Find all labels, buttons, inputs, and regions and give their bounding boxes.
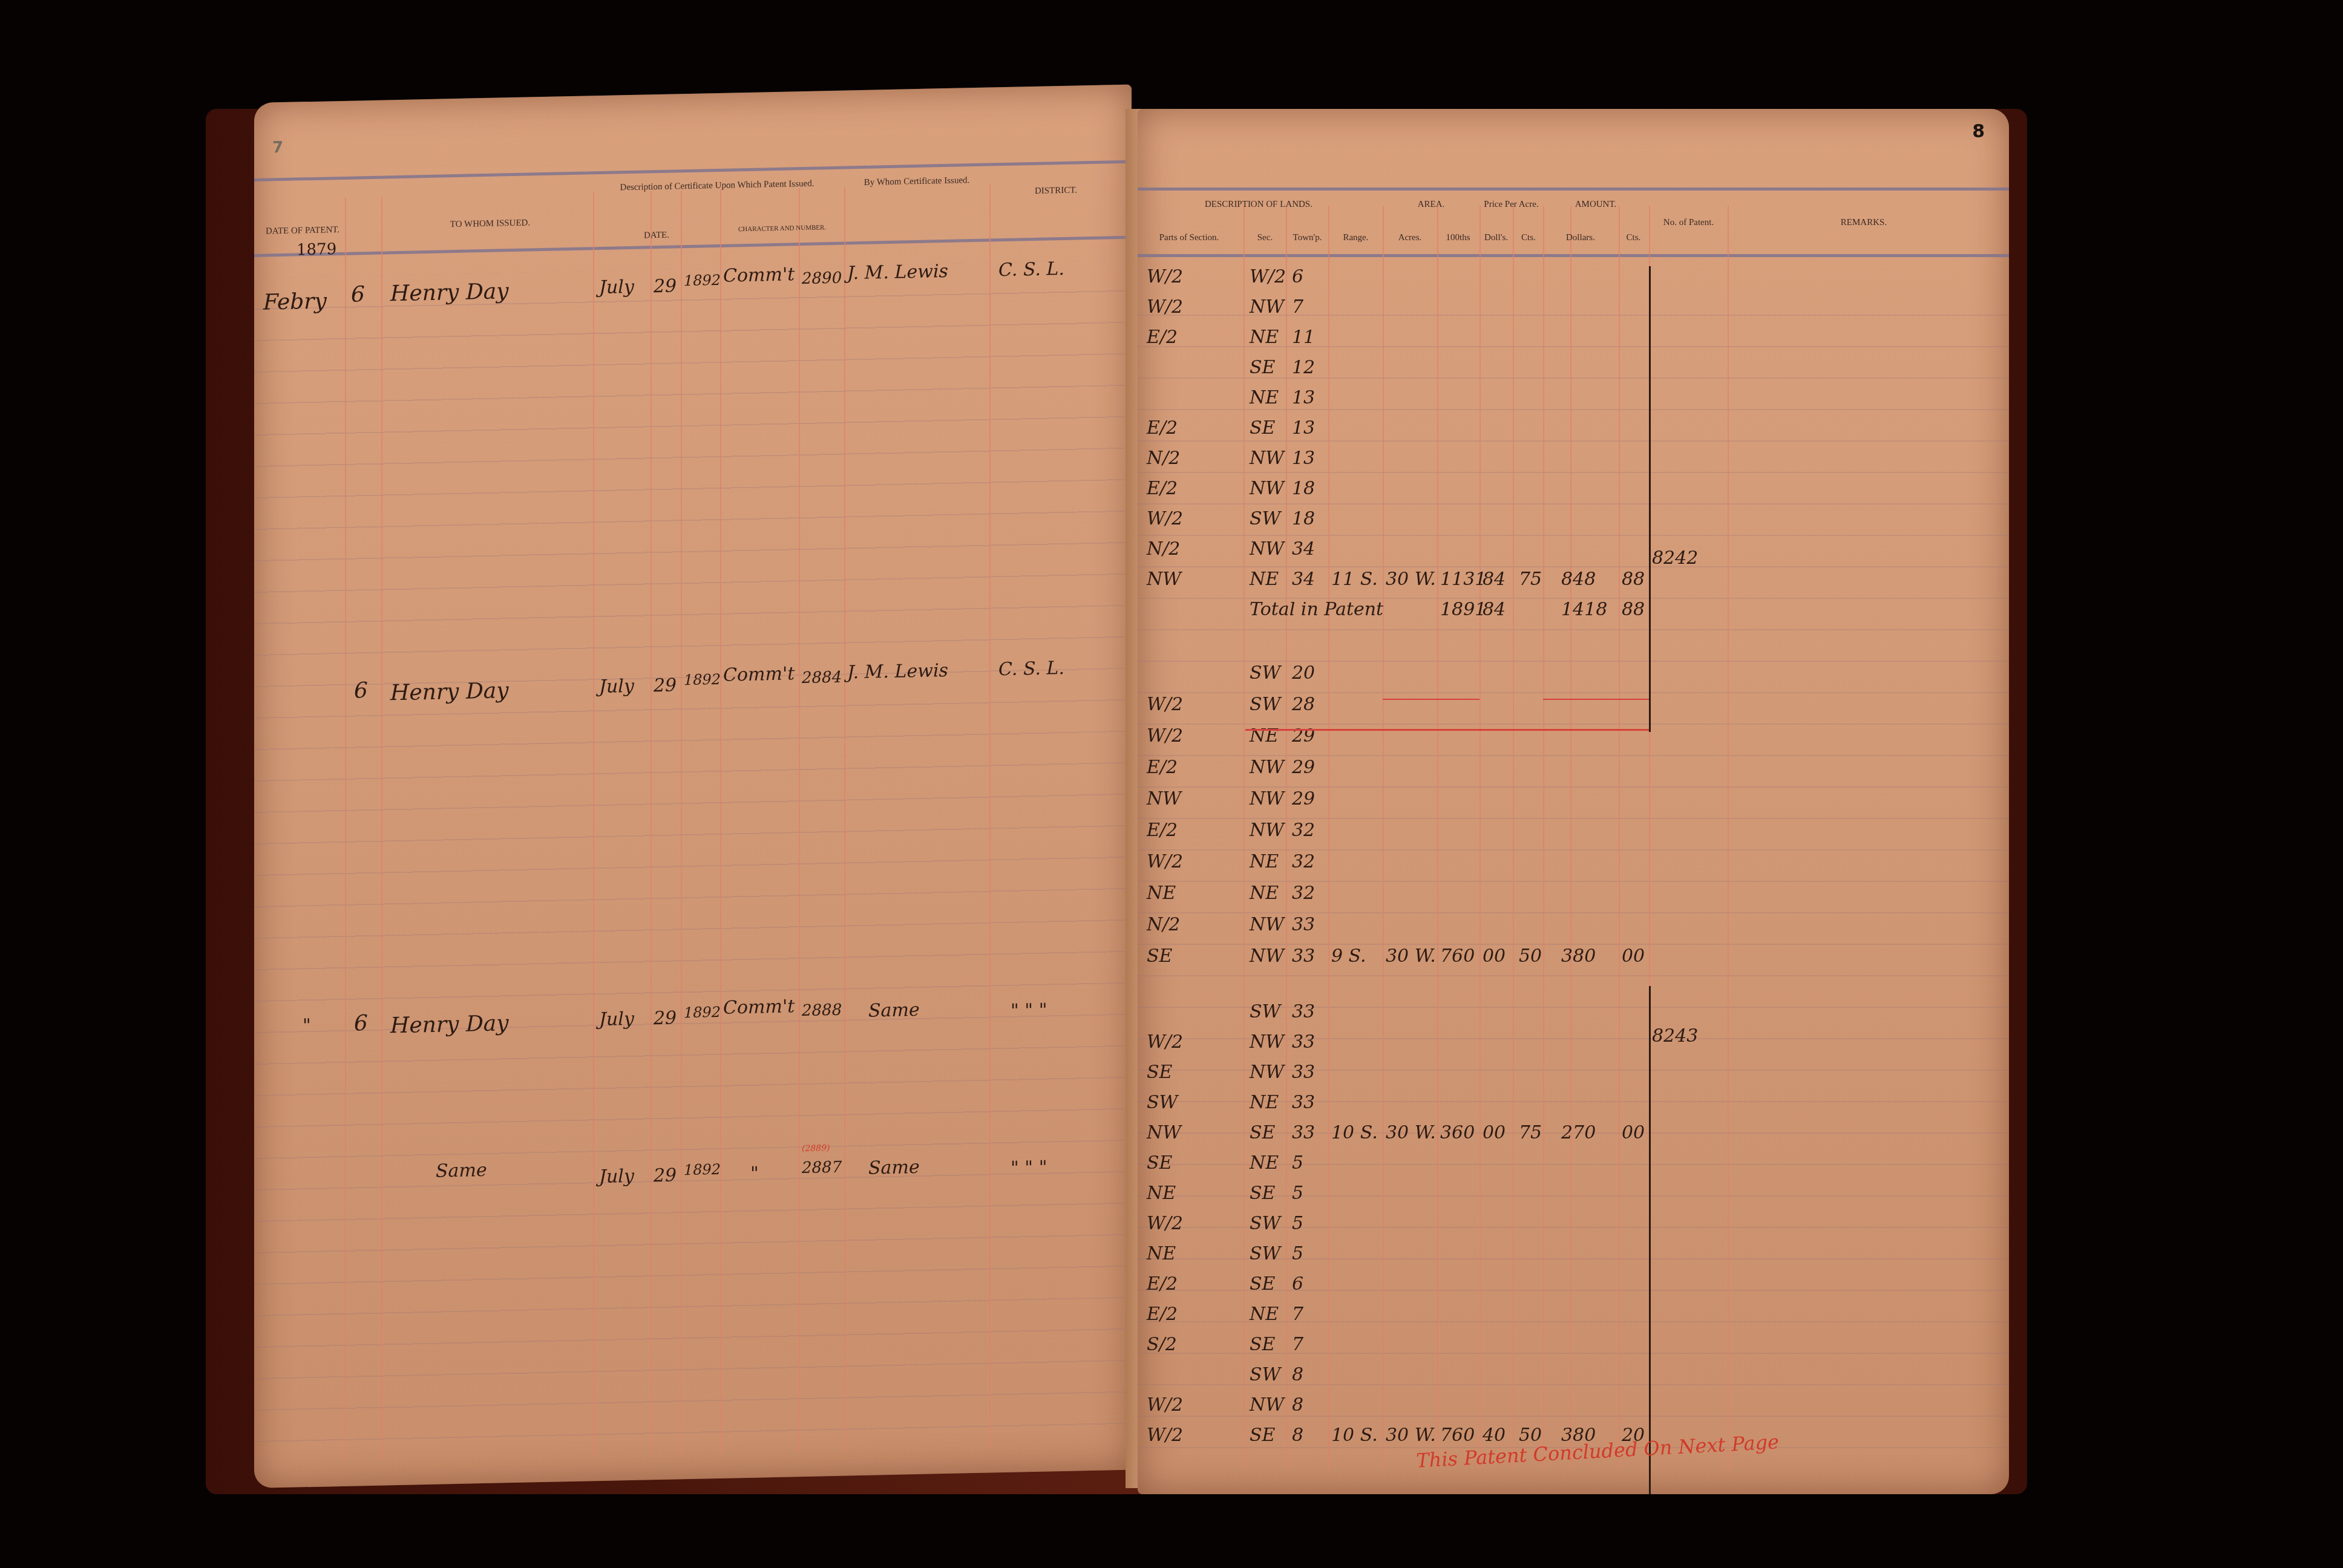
land-amount-dollars: 848 [1561, 569, 1596, 590]
land-part: E/2 [1147, 757, 1178, 778]
land-amount-dollars: 270 [1561, 1122, 1596, 1143]
land-sec: 32 [1292, 851, 1315, 872]
header-price-cents: Cts. [1514, 233, 1543, 243]
entry-name: Henry Day [390, 678, 509, 705]
land-range: 30 W. [1386, 569, 1436, 590]
land-hundredths: 84 [1483, 569, 1506, 590]
land-part: W/2 [1147, 1425, 1183, 1446]
land-sec: 5 [1292, 1213, 1303, 1234]
total-underline [1245, 729, 1649, 731]
land-sec: 32 [1292, 820, 1315, 841]
land-part: NE [1147, 883, 1176, 904]
land-township: 11 S. [1331, 569, 1378, 590]
land-part: NW [1147, 788, 1181, 809]
land-quarter: NW [1250, 1031, 1284, 1053]
entry-cert-number: 2888 [802, 1001, 842, 1020]
land-part: W/2 [1147, 1394, 1183, 1416]
land-sec: 8 [1292, 1364, 1303, 1385]
land-quarter: NW [1250, 820, 1284, 841]
left-page: 7 DATE OF PATENT. 1879 TO WHOM ISSUED. D… [254, 85, 1132, 1488]
land-range: 30 W. [1386, 1425, 1436, 1446]
entry-cert-char: " [750, 1163, 759, 1184]
header-township: Town'p. [1288, 233, 1327, 243]
entry-day: 6 [354, 1011, 368, 1036]
entry-cert-day: 29 [654, 675, 677, 696]
land-sec: 33 [1292, 1122, 1315, 1143]
land-part: NE [1147, 1243, 1176, 1264]
land-part: W/2 [1147, 508, 1183, 529]
land-quarter: NW [1250, 788, 1284, 809]
land-amount-dollars: 1418 [1561, 599, 1607, 620]
land-quarter: SW [1250, 508, 1280, 529]
patent-entry: Same July 29 1892 " (2889) 2887 Same " "… [254, 85, 1132, 103]
entry-cert-day: 29 [654, 275, 677, 297]
land-sec: 8 [1292, 1394, 1303, 1416]
land-amount-cents: 88 [1622, 569, 1645, 590]
entry-cert-char: Comm't [723, 663, 795, 685]
header-amount-cents: Cts. [1620, 233, 1647, 243]
land-part: SW [1147, 1092, 1178, 1113]
total-in-patent-label: Total in Patent [1250, 599, 1383, 620]
patent-entry: Febry 6 Henry Day July 29 1892 Comm't 28… [254, 85, 1132, 103]
land-sec: 20 [1292, 662, 1315, 684]
land-quarter: NW [1250, 478, 1284, 499]
land-acres: 1891 [1440, 599, 1486, 620]
entry-by-whom: J. M. Lewis [847, 660, 948, 683]
land-quarter: NE [1250, 1304, 1279, 1325]
header-by-whom: By Whom Certificate Issued. [850, 175, 983, 189]
land-quarter: SE [1250, 1273, 1275, 1295]
land-part: W/2 [1147, 1031, 1183, 1053]
header-amount: AMOUNT. [1544, 200, 1647, 210]
land-acres: 360 [1440, 1122, 1475, 1143]
header-certificate-date: DATE. [596, 229, 717, 242]
ruled-lines [254, 260, 1132, 1464]
land-sec: 33 [1292, 946, 1315, 967]
land-range: 30 W. [1386, 946, 1436, 967]
land-part: S/2 [1147, 1334, 1177, 1355]
entry-by-whom: Same [868, 999, 920, 1022]
land-sec: 34 [1292, 569, 1315, 590]
entry-cert-char: Comm't [723, 264, 795, 286]
land-quarter: SE [1250, 1183, 1275, 1204]
land-sec: 5 [1292, 1243, 1303, 1264]
land-sec: 5 [1292, 1152, 1303, 1174]
entry-district: " " " [1011, 1000, 1047, 1022]
land-part: E/2 [1147, 820, 1178, 841]
header-date-of-patent: DATE OF PATENT. [260, 225, 345, 237]
land-sec: 33 [1292, 1001, 1315, 1022]
header-description-of-lands: DESCRIPTION OF LANDS. [1138, 200, 1380, 210]
land-part: E/2 [1147, 478, 1178, 499]
land-quarter: NE [1250, 851, 1279, 872]
land-quarter: NE [1250, 1092, 1279, 1113]
entry-cert-day: 29 [654, 1165, 677, 1186]
patent-bracket [1649, 986, 1651, 1494]
land-sec: 29 [1292, 788, 1315, 809]
land-sec: 8 [1292, 1425, 1303, 1446]
header-sec: Sec. [1245, 233, 1285, 243]
header-year: 1879 [297, 240, 336, 259]
entry-district: C. S. L. [998, 658, 1064, 680]
header-remarks: REMARKS. [1731, 218, 1997, 228]
header-certificate-char-number: CHARACTER AND NUMBER. [723, 224, 841, 234]
land-part: E/2 [1147, 417, 1178, 439]
land-sec: 7 [1292, 1334, 1303, 1355]
land-quarter: SE [1250, 417, 1275, 439]
land-price-cents: 75 [1519, 569, 1542, 590]
header-bottom-rule [1138, 254, 2009, 257]
land-sec: 7 [1292, 1304, 1303, 1325]
entry-cert-year: 1892 [684, 1161, 721, 1178]
land-sec: 7 [1292, 296, 1303, 318]
left-page-number: 7 [272, 139, 283, 157]
land-sec: 13 [1292, 387, 1315, 408]
header-to-whom-issued: TO WHOM ISSUED. [393, 217, 587, 231]
land-quarter: SW [1250, 694, 1280, 715]
patent-entry: " 6 Henry Day July 29 1892 Comm't 2888 S… [254, 85, 1132, 103]
land-quarter: NE [1250, 1152, 1279, 1174]
land-part: E/2 [1147, 327, 1178, 348]
land-part: E/2 [1147, 1304, 1178, 1325]
land-quarter: SE [1250, 1425, 1275, 1446]
patent-number: 8243 [1652, 1025, 1698, 1047]
land-part: NW [1147, 1122, 1181, 1143]
land-quarter: NW [1250, 448, 1284, 469]
land-part: E/2 [1147, 1273, 1178, 1295]
land-quarter: NE [1250, 327, 1279, 348]
land-sec: 12 [1292, 357, 1315, 378]
header-hundredths: 100ths [1438, 233, 1478, 243]
land-quarter: NW [1250, 946, 1284, 967]
land-acres: 760 [1440, 1425, 1475, 1446]
land-amount-cents: 00 [1622, 946, 1645, 967]
land-quarter: SE [1250, 357, 1275, 378]
land-part: N/2 [1147, 448, 1180, 469]
land-quarter: NW [1250, 296, 1284, 318]
land-quarter: NW [1250, 914, 1284, 935]
land-amount-cents: 00 [1622, 1122, 1645, 1143]
land-sec: 33 [1292, 1062, 1315, 1083]
entry-cert-year: 1892 [684, 671, 721, 688]
land-range: 30 W. [1386, 1122, 1436, 1143]
entry-name: Henry Day [390, 279, 509, 306]
land-part: W/2 [1147, 1213, 1183, 1234]
land-part: W/2 [1147, 694, 1183, 715]
land-township: 10 S. [1331, 1122, 1378, 1143]
header-top-rule [1138, 188, 2009, 191]
land-quarter: W/2 [1250, 266, 1286, 287]
land-quarter: NW [1250, 1394, 1284, 1416]
land-quarter: NE [1250, 387, 1279, 408]
header-parts-of-section: Parts of Section. [1138, 233, 1240, 243]
land-hundredths: 00 [1483, 946, 1506, 967]
entry-cert-number-red-note: (2889) [802, 1143, 830, 1154]
land-part: N/2 [1147, 914, 1180, 935]
land-sec: 28 [1292, 694, 1315, 715]
header-price-dollars: Doll's. [1480, 233, 1513, 243]
land-price-cents: 75 [1519, 1122, 1542, 1143]
entry-name: Same [436, 1160, 487, 1182]
land-part: SE [1147, 946, 1172, 967]
land-part: NW [1147, 569, 1181, 590]
header-range: Range. [1330, 233, 1381, 243]
patent-bracket [1649, 266, 1651, 732]
land-sec: 33 [1292, 1031, 1315, 1053]
land-township: 9 S. [1331, 946, 1366, 967]
land-sec: 18 [1292, 508, 1315, 529]
land-amount-dollars: 380 [1561, 946, 1596, 967]
land-quarter: NW [1250, 757, 1284, 778]
entry-cert-year: 1892 [684, 272, 721, 289]
land-sec: 6 [1292, 1273, 1303, 1295]
patent-entry: 6 Henry Day July 29 1892 Comm't 2884 J. … [254, 85, 1132, 103]
entry-month: Febry [263, 289, 327, 315]
land-sec: 29 [1292, 757, 1315, 778]
land-sec: 34 [1292, 538, 1315, 560]
land-quarter: SW [1250, 1364, 1280, 1385]
land-hundredths: 00 [1483, 1122, 1506, 1143]
entry-day: 6 [354, 678, 368, 703]
land-quarter: NE [1250, 569, 1279, 590]
entry-month: " [303, 1015, 311, 1036]
entry-cert-month: July [599, 276, 634, 298]
entry-cert-month: July [599, 1008, 634, 1030]
land-acres: 1131 [1440, 569, 1486, 590]
land-quarter: NE [1250, 883, 1279, 904]
land-sec: 6 [1292, 266, 1303, 287]
entry-cert-year: 1892 [684, 1004, 721, 1021]
land-sec: 5 [1292, 1183, 1303, 1204]
land-part: W/2 [1147, 266, 1183, 287]
land-quarter: SW [1250, 1243, 1280, 1264]
land-quarter: SE [1250, 1334, 1275, 1355]
header-acres: Acres. [1386, 233, 1434, 243]
entry-district: " " " [1011, 1157, 1047, 1179]
entry-by-whom: Same [868, 1157, 920, 1179]
entry-cert-day: 29 [654, 1007, 677, 1029]
entry-cert-month: July [599, 676, 634, 697]
entry-cert-number: 2887 [802, 1158, 842, 1177]
header-amount-dollars: Dollars. [1544, 233, 1617, 243]
land-amount-cents: 88 [1622, 599, 1645, 620]
land-quarter: SW [1250, 1001, 1280, 1022]
right-page: 8 DESCRIPTION OF LANDS. Parts of Section… [1138, 109, 2009, 1494]
land-part: W/2 [1147, 296, 1183, 318]
land-sec: 13 [1292, 448, 1315, 469]
right-page-number: 8 [1972, 121, 1985, 142]
entry-by-whom: J. M. Lewis [847, 261, 948, 284]
land-sec: 33 [1292, 1092, 1315, 1113]
land-sec: 32 [1292, 883, 1315, 904]
header-top-rule [254, 160, 1132, 181]
land-quarter: NW [1250, 538, 1284, 560]
land-part: W/2 [1147, 851, 1183, 872]
land-sec: 18 [1292, 478, 1315, 499]
land-part: NE [1147, 1183, 1176, 1204]
land-sec: 11 [1292, 327, 1315, 348]
header-area: AREA. [1386, 200, 1476, 210]
land-hundredths: 84 [1483, 599, 1506, 620]
land-part: SE [1147, 1062, 1172, 1083]
entry-name: Henry Day [390, 1011, 509, 1038]
land-part: N/2 [1147, 538, 1180, 560]
entry-day: 6 [351, 282, 365, 307]
header-district: DISTRICT. [995, 185, 1116, 197]
land-part: W/2 [1147, 725, 1183, 746]
land-quarter: SW [1250, 662, 1280, 684]
entry-cert-number: 2884 [802, 668, 842, 687]
land-quarter: SE [1250, 1122, 1275, 1143]
land-township: 10 S. [1331, 1425, 1378, 1446]
entry-district: C. S. L. [998, 258, 1064, 281]
land-quarter: NW [1250, 1062, 1284, 1083]
land-sec: 13 [1292, 417, 1315, 439]
header-no-of-patent: No. of Patent. [1651, 218, 1726, 228]
entry-cert-number: 2890 [802, 269, 842, 288]
land-quarter: SW [1250, 1213, 1280, 1234]
land-price-cents: 50 [1519, 946, 1542, 967]
header-price-per-acre: Price Per Acre. [1480, 200, 1543, 210]
patent-number: 8242 [1652, 547, 1698, 569]
land-sec: 33 [1292, 914, 1315, 935]
land-hundredths: 40 [1483, 1425, 1506, 1446]
entry-cert-month: July [599, 1166, 634, 1187]
entry-cert-char: Comm't [723, 996, 795, 1018]
land-part: SE [1147, 1152, 1172, 1174]
land-acres: 760 [1440, 946, 1475, 967]
